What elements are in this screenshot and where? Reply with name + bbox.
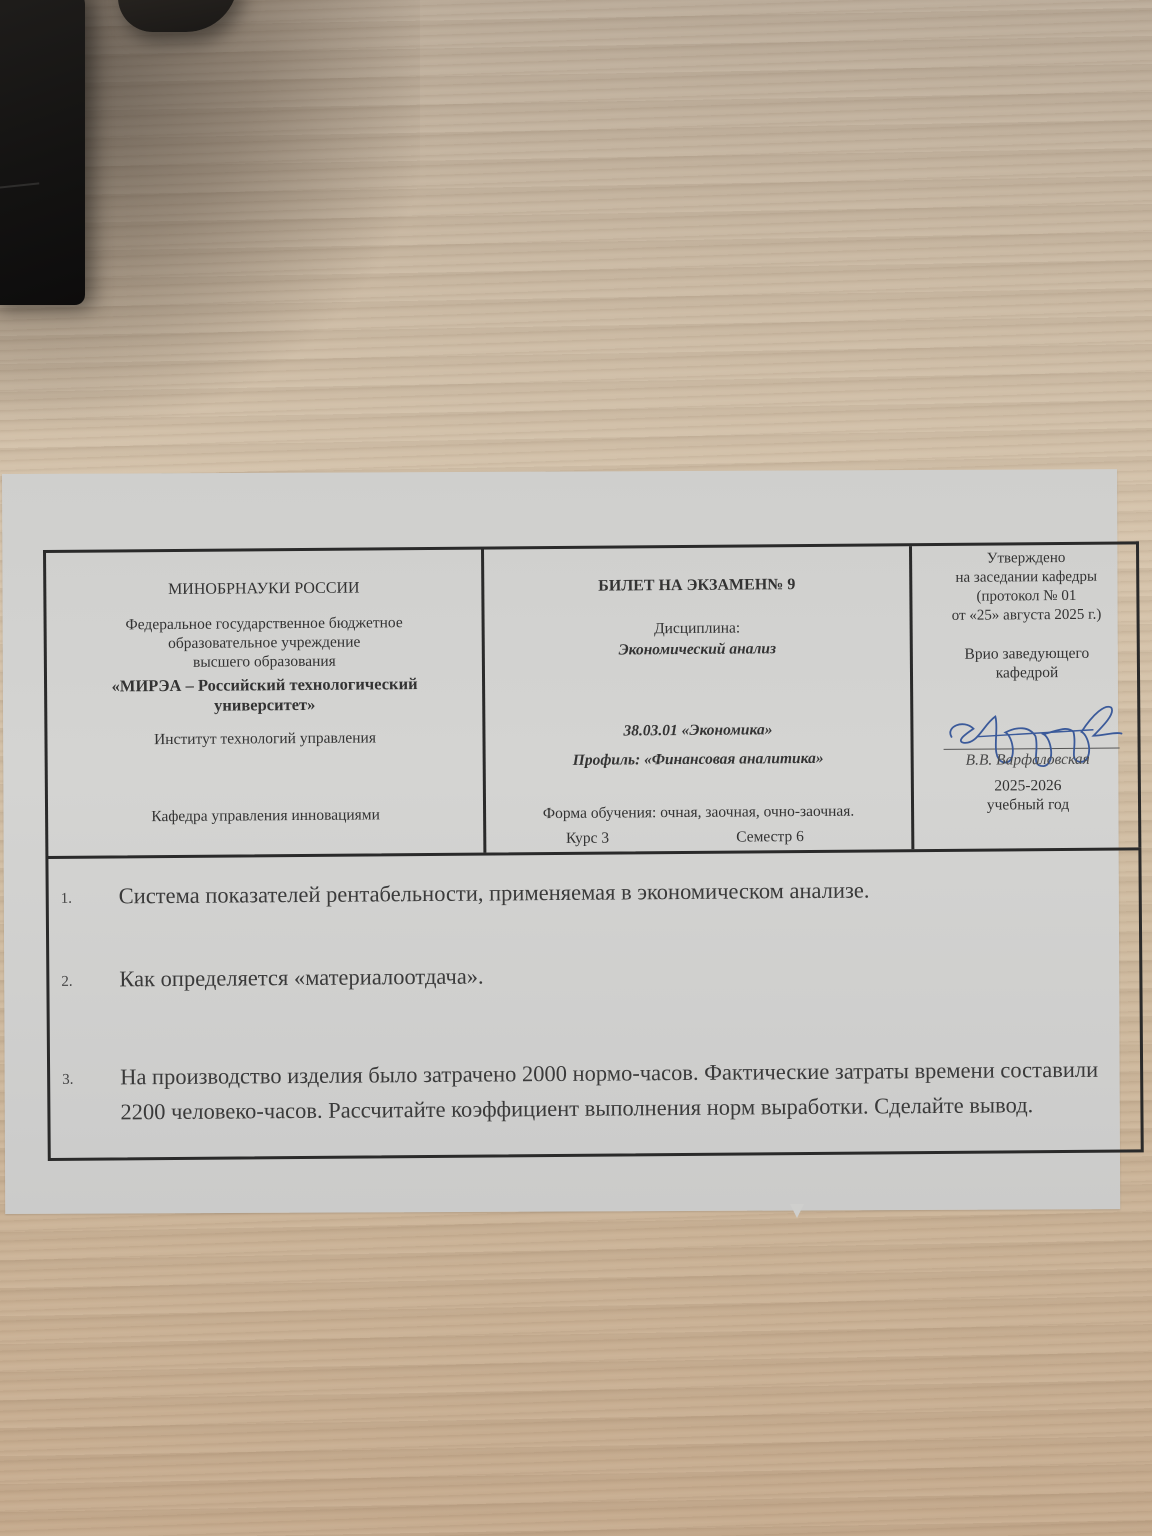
discipline-label: Дисциплина: [485, 617, 910, 639]
head-title-line: Врио заведующего [913, 643, 1141, 664]
academic-year: 2025-2026 учебный год [914, 775, 1142, 815]
course-semester-row: Курс 3 Семестр 6 [486, 826, 911, 848]
paper-tear [790, 1204, 804, 1218]
university-name-line: университет» [47, 694, 482, 717]
ticket-info-cell: БИЛЕТ НА ЭКЗАМЕН№ 9 Дисциплина: Экономич… [481, 546, 911, 852]
approval-line: от «25» августа 2025 г.) [912, 605, 1140, 626]
academic-year-label: учебный год [914, 794, 1142, 815]
program-code: 38.03.01 «Экономика» [485, 719, 910, 741]
question-text: На производство изделия было затрачено 2… [120, 1052, 1111, 1130]
question-text: Как определяется «материалоотдача». [119, 954, 1109, 1000]
approval-stamp: Утверждено на заседании кафедры (протоко… [912, 548, 1141, 626]
approval-line: (протокол № 01 [912, 586, 1140, 607]
questions-box: 1. Система показателей рентабельности, п… [45, 847, 1143, 1161]
head-title: Врио заведующего кафедрой [913, 643, 1141, 683]
head-title-line: кафедрой [913, 662, 1141, 683]
department-name: Кафедра управления инновациями [48, 805, 483, 827]
approval-cell: Утверждено на заседании кафедры (протоко… [909, 544, 1142, 849]
academic-year-value: 2025-2026 [914, 775, 1142, 796]
institution-cell: МИНОБРНАУКИ РОССИИ Федеральное государст… [46, 550, 483, 856]
semester: Семестр 6 [679, 826, 912, 847]
ticket-title: БИЛЕТ НА ЭКЗАМЕН№ 9 [484, 574, 909, 596]
ministry-name: МИНОБРНАУКИ РОССИИ [46, 578, 481, 600]
question-number: 3. [50, 1059, 121, 1130]
question-number: 2. [49, 961, 119, 1000]
signature-block: В.В. Варфаловская [913, 691, 1142, 765]
question-number: 1. [49, 878, 119, 917]
ticket-header: МИНОБРНАУКИ РОССИИ Федеральное государст… [43, 541, 1141, 856]
exam-ticket: МИНОБРНАУКИ РОССИИ Федеральное государст… [43, 541, 1144, 1161]
institute-name: Институт технологий управления [47, 728, 482, 750]
dark-object-top [118, 0, 238, 32]
course: Курс 3 [486, 828, 679, 849]
question-item: 2. Как определяется «материалоотдача». [49, 954, 1109, 1000]
study-form: Форма обучения: очная, заочная, очно-зао… [486, 801, 911, 823]
program-profile: Профиль: «Финансовая аналитика» [486, 748, 911, 770]
approval-line: Утверждено [912, 548, 1140, 569]
institution-line: высшего образования [47, 651, 482, 673]
university-name-line: «МИРЭА – Российский технологический [47, 674, 482, 697]
university-name: «МИРЭА – Российский технологический унив… [47, 674, 482, 717]
question-item: 3. На производство изделия было затрачен… [50, 1052, 1111, 1130]
discipline-name: Экономический анализ [485, 638, 910, 660]
question-text: Система показателей рентабельности, прим… [119, 871, 1109, 917]
dark-object-bag [0, 0, 85, 305]
signatory-name: В.В. Варфаловская [914, 749, 1142, 770]
question-item: 1. Система показателей рентабельности, п… [49, 871, 1109, 917]
approval-line: на заседании кафедры [912, 567, 1140, 588]
